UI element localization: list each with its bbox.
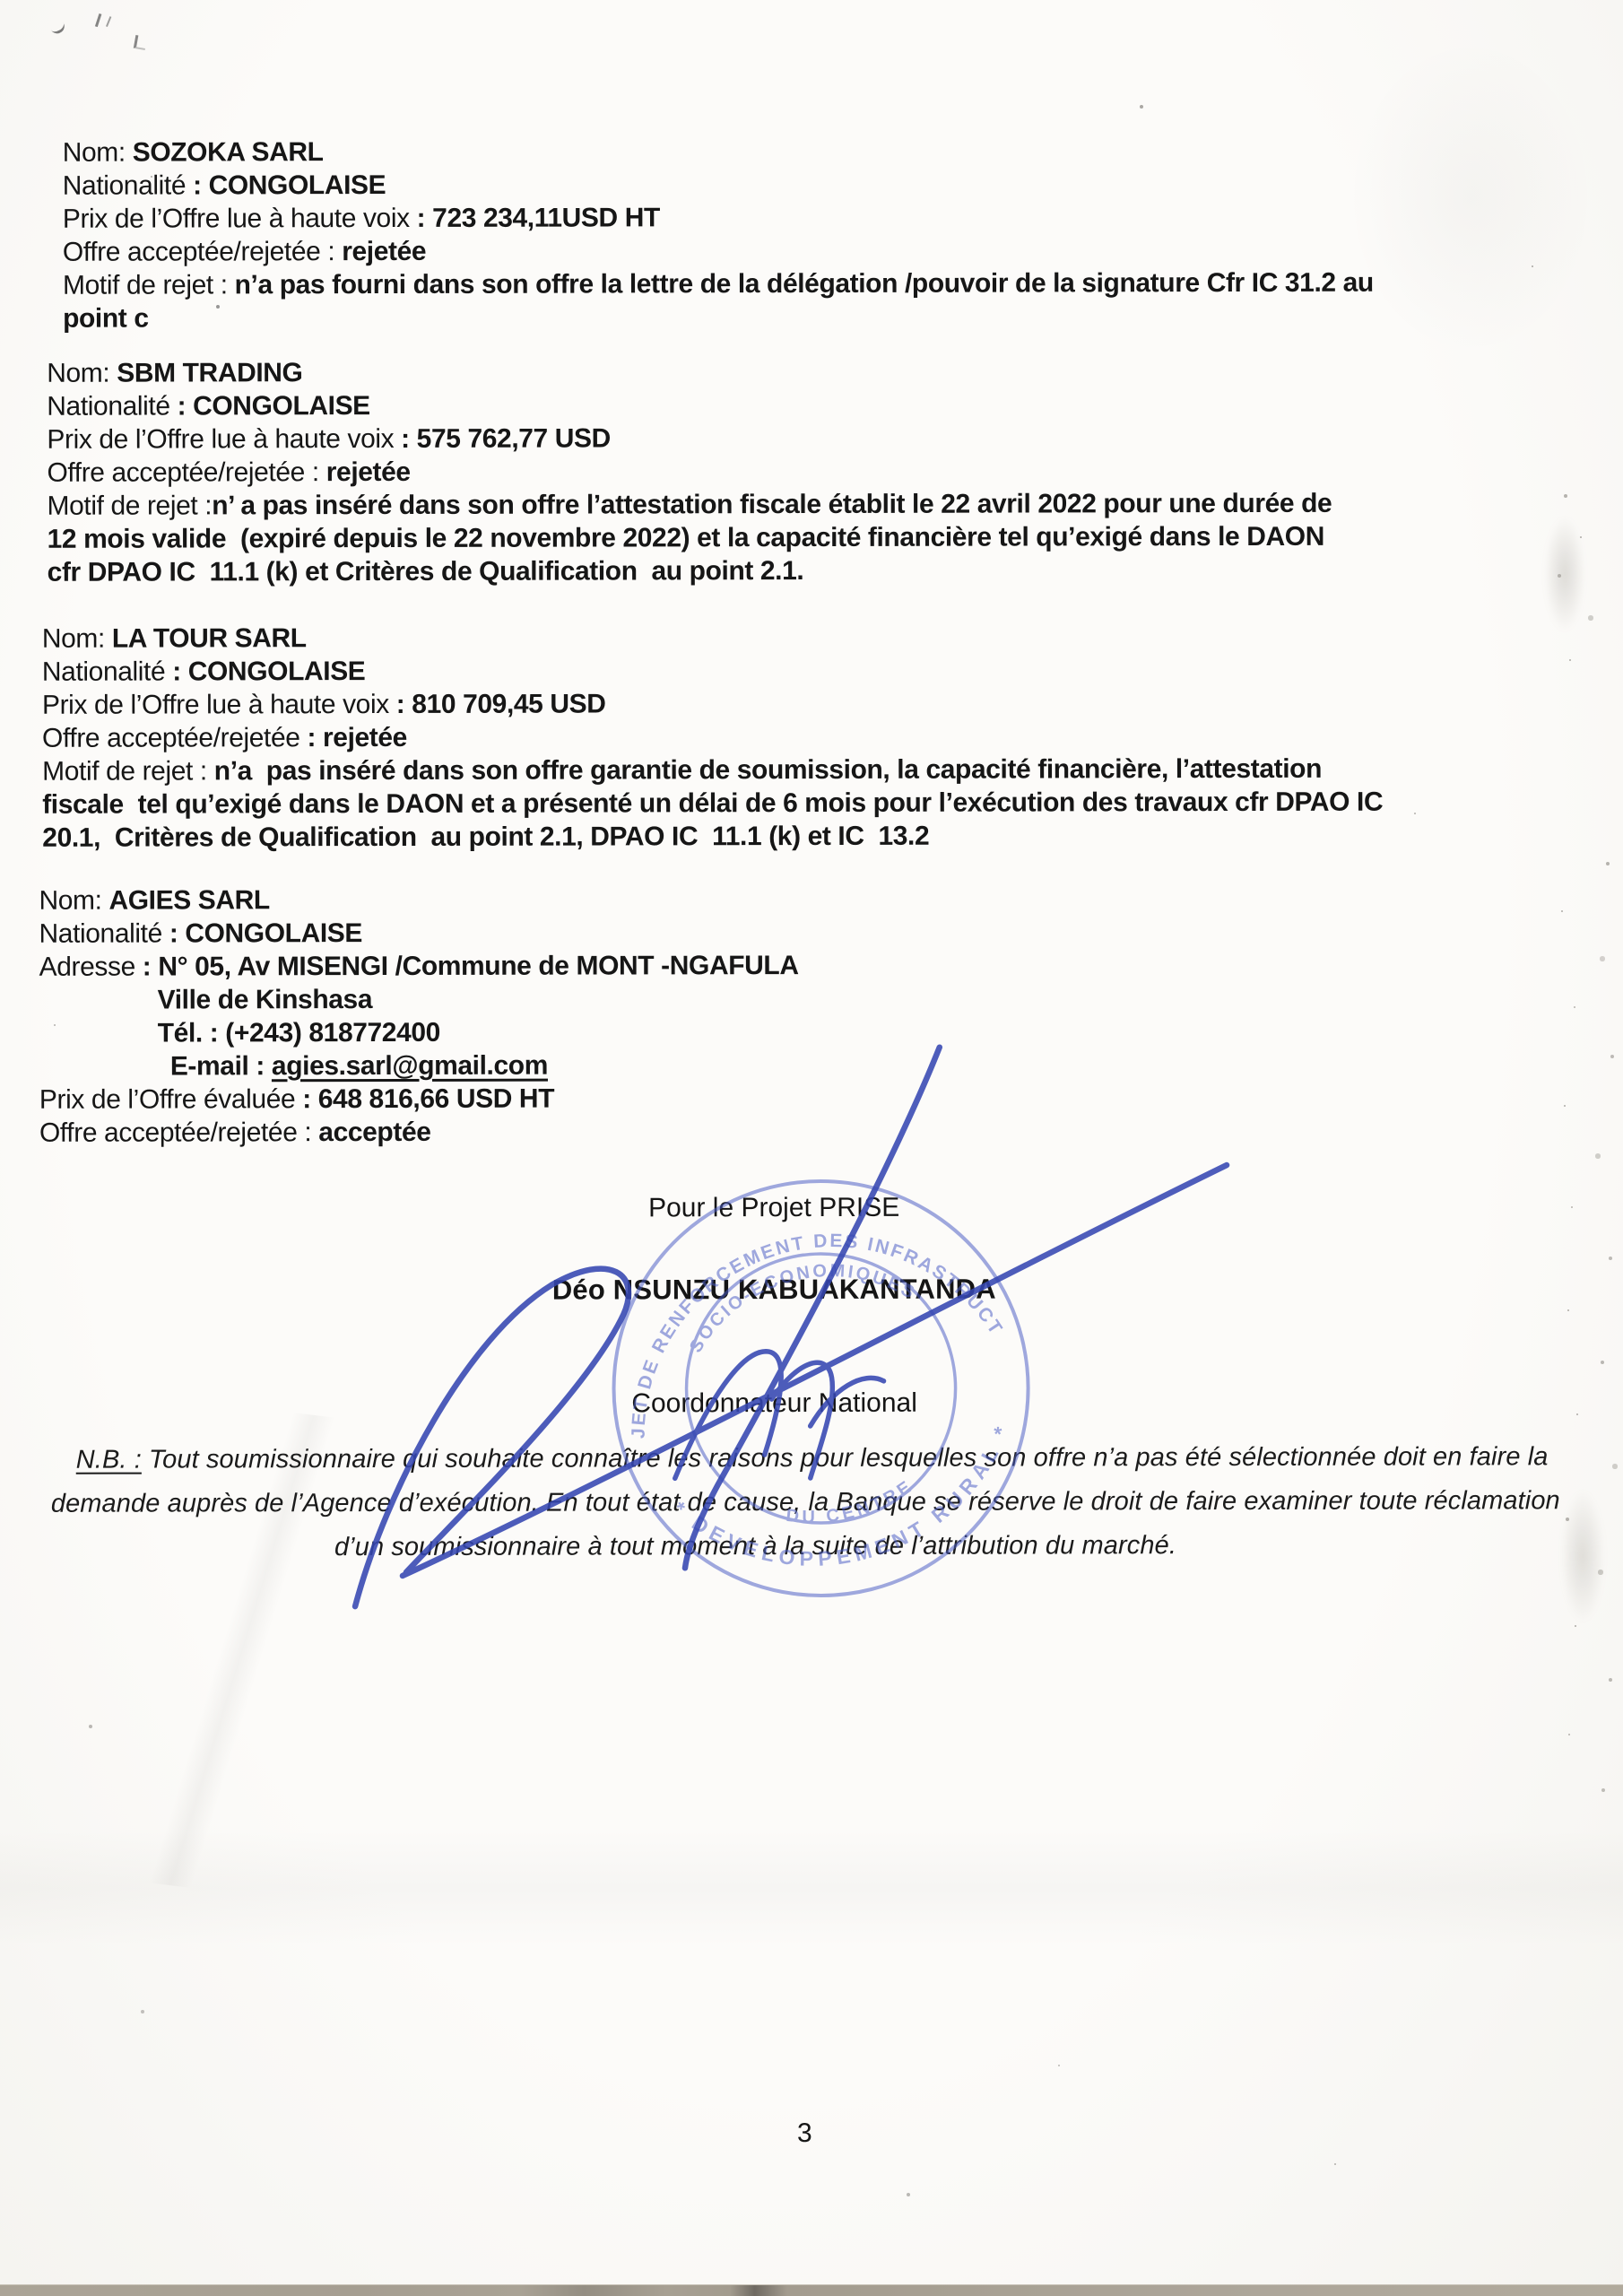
doc-text: Offre acceptée/rejetée : [47,457,325,488]
scanner-edge-strip [0,2284,1623,2296]
doc-text: Motif de rejet : [47,491,212,520]
doc-text: Nom: [47,359,117,388]
doc-text: n’a pas inséré dans son offre garantie d… [214,754,1322,787]
doc-line: Nom: SOZOKA SARL [63,134,1374,170]
doc-line: Nom: AGIES SARL [39,883,798,918]
doc-text: Nationalité [42,657,172,686]
doc-text: rejetée [342,237,426,266]
doc-line: Prix de l’Offre évaluée : 648 816,66 USD… [39,1082,799,1117]
doc-text: : CONGOLAISE [193,170,386,200]
doc-text: 20.1, Critères de Qualification au point… [42,822,929,853]
doc-text: cfr DPAO IC 11.1 (k) et Critères de Qual… [48,556,804,587]
doc-text: SBM TRADING [117,358,302,387]
doc-line: 12 mois valide (expiré depuis le 22 nove… [48,520,1332,556]
doc-text: : rejetée [307,723,407,752]
doc-text: Nom: [42,624,112,654]
doc-text: point c [63,304,149,334]
doc-line: Nationalité : CONGOLAISE [47,387,1332,423]
doc-text: Nationalité [47,391,177,421]
doc-line: Nationalité : CONGOLAISE [39,916,798,951]
doc-text: : 723 234,11USD HT [417,203,660,233]
email-text: agies.sarl@gmail.com [272,1051,548,1082]
doc-text: Offre acceptée/rejetée [42,723,308,753]
doc-text: Offre acceptée/rejetée : [39,1118,318,1148]
doc-text: : CONGOLAISE [169,918,362,948]
doc-text: AGIES SARL [108,885,269,915]
doc-text: Prix de l’Offre lue à haute voix [47,424,401,455]
note-line-3: d’un soumissionnaire à tout moment à la … [334,1531,1176,1562]
doc-text: : 810 709,45 USD [396,689,606,718]
page-number: 3 [764,2118,845,2149]
doc-text: fiscale tel qu’exigé dans le DAON et a p… [42,787,1383,820]
bidder-block-sbm: Nom: SBM TRADINGNationalité : CONGOLAISE… [47,354,1332,589]
doc-text: Nationalité [63,170,193,200]
doc-text: Prix de l’Offre lue à haute voix [42,690,396,720]
doc-text: Motif de rejet : [42,756,214,786]
paper-crease [0,1830,1623,1946]
doc-line: cfr DPAO IC 11.1 (k) et Critères de Qual… [48,553,1332,589]
doc-line: Prix de l’Offre lue à haute voix : 810 7… [42,686,1383,722]
doc-text: Nationalité [39,918,169,948]
doc-text: LA TOUR SARL [112,623,307,653]
doc-text: E-mail : [170,1051,272,1081]
doc-line: Offre acceptée/rejetée : acceptée [39,1115,799,1150]
note-label: N.B. : [76,1446,142,1474]
doc-line: point c [63,300,1374,335]
doc-text: Tél. : (+243) 818772400 [158,1018,440,1048]
doc-text: : 648 816,66 USD HT [302,1084,554,1115]
paper-crease [1345,36,1596,359]
doc-line: Ville de Kinshasa [39,982,799,1017]
doc-text: Motif de rejet : [63,270,235,300]
doc-text: Ville de Kinshasa [158,985,373,1015]
doc-line: Motif de rejet : n’a pas fourni dans son… [63,266,1374,302]
doc-line: Nom: LA TOUR SARL [42,620,1383,656]
doc-line: Motif de rejet :n’ a pas inséré dans son… [47,487,1332,523]
bidder-block-sozoka: Nom: SOZOKA SARLNationalité : CONGOLAISE… [63,134,1374,335]
doc-text: Prix de l’Offre lue à haute voix [63,204,417,234]
doc-line: 20.1, Critères de Qualification au point… [42,819,1383,855]
doc-line: Adresse : N° 05, Av MISENGI /Commune de … [39,949,799,984]
doc-text: rejetée [326,457,411,487]
doc-line: Nationalité : CONGOLAISE [63,167,1374,203]
doc-text: Prix de l’Offre évaluée [39,1084,302,1115]
doc-text: acceptée [318,1118,430,1147]
doc-text: SOZOKA SARL [133,137,324,167]
scan-smudge [1560,1489,1605,1623]
doc-text: Offre acceptée/rejetée : [63,237,342,267]
doc-line: Prix de l’Offre lue à haute voix : 575 7… [47,421,1332,457]
doc-line: Offre acceptée/rejetée : rejetée [47,454,1332,490]
doc-text: n’ a pas inséré dans son offre l’attesta… [212,489,1332,521]
doc-text: 12 mois valide (expiré depuis le 22 nove… [48,522,1324,554]
doc-line: Motif de rejet : n’a pas inséré dans son… [42,752,1383,788]
scanned-document-page: Nom: SOZOKA SARLNationalité : CONGOLAISE… [0,0,1623,2296]
signature-heading: Pour le Projet PRISE [500,1192,1047,1223]
bidder-block-agies: Nom: AGIES SARLNationalité : CONGOLAISEA… [39,883,799,1150]
doc-line: Prix de l’Offre lue à haute voix : 723 2… [63,200,1374,236]
doc-line: Nationalité : CONGOLAISE [42,653,1383,689]
scan-smudge [1544,516,1585,632]
doc-text: : N° 05, Av MISENGI /Commune de MONT -NG… [143,951,799,982]
doc-text: n’a pas fourni dans son offre la lettre … [235,268,1374,300]
doc-line: E-mail : agies.sarl@gmail.com [39,1048,799,1083]
doc-text: Nom: [63,138,133,168]
doc-line: Offre acceptée/rejetée : rejetée [42,719,1383,755]
doc-text: : 575 762,77 USD [401,423,611,453]
doc-text: : CONGOLAISE [178,391,370,421]
doc-line: fiscale tel qu’exigé dans le DAON et a p… [42,786,1383,822]
doc-line: Tél. : (+243) 818772400 [39,1015,799,1050]
doc-text: Nom: [39,886,108,916]
doc-text: Adresse [39,952,143,982]
doc-text: : CONGOLAISE [172,657,365,686]
doc-line: Offre acceptée/rejetée : rejetée [63,233,1374,269]
signatory-title: Coordonnateur National [501,1387,1048,1419]
bidder-blocks: Nom: SOZOKA SARLNationalité : CONGOLAISE… [0,0,1620,2]
bidder-block-latour: Nom: LA TOUR SARLNationalité : CONGOLAIS… [42,620,1384,855]
signatory-name: Déo NSUNZU KABUAKANTANDA [500,1273,1047,1306]
doc-line: Nom: SBM TRADING [47,354,1332,390]
